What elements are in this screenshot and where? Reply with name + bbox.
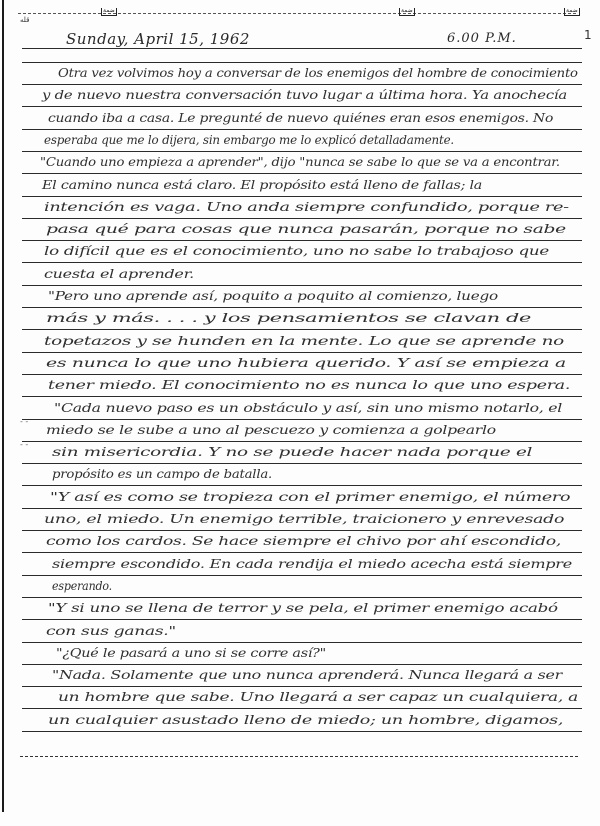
handwritten-line-text: y de nuevo nuestra conversación tuvo lug…: [42, 87, 567, 102]
handwritten-line-text: cuando iba a casa. Le pregunté de nuevo …: [48, 110, 553, 125]
handwritten-line: "Pero uno aprende así, poquito a poquito…: [0, 285, 600, 307]
page-number: 1: [584, 28, 592, 42]
handwritten-line-text: un hombre que sabe. Uno llegará a ser ca…: [58, 689, 578, 704]
handwritten-line-text: "Pero uno aprende así, poquito a poquito…: [48, 288, 498, 303]
handwritten-line: esperaba que me lo dijera, sin embargo m…: [0, 129, 600, 151]
archive-stamp-icon: ضمة: [564, 8, 580, 16]
journal-page: قله ضمة ضمة ضمة Sunday, April 15, 1962 6…: [0, 0, 600, 826]
handwritten-line: "Nada. Solamente que uno nunca aprenderá…: [0, 664, 600, 686]
archive-stamp-icon: ضمة: [399, 8, 415, 16]
archive-stamp-icon: ضمة: [101, 8, 117, 16]
corner-stamp-mark: قله: [20, 16, 29, 24]
handwritten-line-text: esperando.: [52, 578, 112, 593]
handwritten-line-text: es nunca lo que uno hubiera querido. Y a…: [46, 355, 566, 370]
handwritten-line: "¿Qué le pasará a uno si se corre así?": [0, 642, 600, 664]
handwritten-line-text: intención es vaga. Uno anda siempre conf…: [44, 199, 569, 214]
handwritten-line: propósito es un campo de batalla.: [0, 463, 600, 485]
handwritten-line: con sus ganas.": [0, 620, 600, 642]
margin-mark: - -: [20, 417, 28, 426]
ruled-line: [22, 48, 582, 49]
handwritten-line: miedo se le sube a uno al pescuezo y com…: [0, 419, 600, 441]
handwritten-line: "Y si uno se llena de terror y se pela, …: [0, 597, 600, 619]
handwritten-line: tener miedo. El conocimiento no es nunca…: [0, 374, 600, 396]
handwritten-line-text: como los cardos. Se hace siempre el chiv…: [46, 533, 561, 548]
handwritten-line-text: "Cada nuevo paso es un obstáculo y así, …: [54, 400, 562, 415]
handwritten-line-text: "Cuando uno empieza a aprender", dijo "n…: [40, 154, 560, 169]
handwritten-line: lo difícil que es el conocimiento, uno n…: [0, 240, 600, 262]
handwritten-line-text: siempre escondido. En cada rendija el mi…: [52, 556, 572, 571]
handwritten-line: Otra vez volvimos hoy a conversar de los…: [0, 62, 600, 84]
handwritten-line-text: Otra vez volvimos hoy a conversar de los…: [58, 65, 578, 80]
page-header: Sunday, April 15, 1962 6.00 P.M. 1: [22, 28, 582, 48]
handwritten-line: intención es vaga. Uno anda siempre conf…: [0, 196, 600, 218]
handwritten-line: un hombre que sabe. Uno llegará a ser ca…: [0, 686, 600, 708]
ruled-line: [22, 731, 582, 732]
handwritten-line-text: esperaba que me lo dijera, sin embargo m…: [44, 132, 454, 147]
handwritten-line-text: miedo se le sube a uno al pescuezo y com…: [46, 422, 496, 437]
handwritten-line-text: "¿Qué le pasará a uno si se corre así?": [56, 645, 326, 660]
handwritten-line-text: "Y si uno se llena de terror y se pela, …: [48, 600, 558, 615]
handwritten-line-text: un cualquier asustado lleno de miedo; un…: [48, 712, 563, 727]
handwritten-line: uno, el miedo. Un enemigo terrible, trai…: [0, 508, 600, 530]
handwritten-line-text: más y más. . . . y los pensamientos se c…: [46, 310, 531, 325]
handwritten-line: "Y así es como se tropieza con el primer…: [0, 486, 600, 508]
handwritten-line-text: uno, el miedo. Un enemigo terrible, trai…: [44, 511, 564, 526]
handwritten-line: cuesta el aprender.: [0, 263, 600, 285]
handwritten-line: "Cuando uno empieza a aprender", dijo "n…: [0, 151, 600, 173]
handwritten-line-text: cuesta el aprender.: [44, 266, 194, 281]
handwritten-line: topetazos y se hunden en la mente. Lo qu…: [0, 330, 600, 352]
bottom-dashed-rule: [20, 756, 578, 757]
handwritten-line: El camino nunca está claro. El propósito…: [0, 174, 600, 196]
entry-date: Sunday, April 15, 1962: [66, 30, 250, 48]
handwritten-line: esperando.: [0, 575, 600, 597]
entry-time: 6.00 P.M.: [447, 31, 517, 46]
handwritten-line-text: propósito es un campo de batalla.: [52, 466, 272, 481]
handwritten-line: es nunca lo que uno hubiera querido. Y a…: [0, 352, 600, 374]
handwritten-line: más y más. . . . y los pensamientos se c…: [0, 307, 600, 329]
handwritten-line-text: con sus ganas.": [46, 623, 176, 638]
handwritten-line-text: tener miedo. El conocimiento no es nunca…: [48, 377, 570, 392]
handwritten-line-text: "Y así es como se tropieza con el primer…: [50, 489, 570, 504]
handwritten-line: sin misericordia. Y no se puede hacer na…: [0, 441, 600, 463]
margin-mark: - -: [20, 440, 28, 449]
handwritten-line: pasa qué para cosas que nunca pasarán, p…: [0, 218, 600, 240]
handwritten-line-text: "Nada. Solamente que uno nunca aprenderá…: [52, 667, 562, 682]
handwritten-line-text: topetazos y se hunden en la mente. Lo qu…: [44, 333, 564, 348]
handwritten-line-text: El camino nunca está claro. El propósito…: [42, 177, 482, 192]
handwritten-line: y de nuevo nuestra conversación tuvo lug…: [0, 84, 600, 106]
handwritten-line: "Cada nuevo paso es un obstáculo y así, …: [0, 397, 600, 419]
handwritten-line: siempre escondido. En cada rendija el mi…: [0, 553, 600, 575]
handwritten-line-text: lo difícil que es el conocimiento, uno n…: [44, 243, 549, 258]
handwritten-line: como los cardos. Se hace siempre el chiv…: [0, 530, 600, 552]
handwritten-line-text: pasa qué para cosas que nunca pasarán, p…: [46, 221, 566, 236]
handwritten-line: un cualquier asustado lleno de miedo; un…: [0, 709, 600, 731]
handwritten-line: cuando iba a casa. Le pregunté de nuevo …: [0, 107, 600, 129]
handwritten-line-text: sin misericordia. Y no se puede hacer na…: [52, 444, 532, 459]
